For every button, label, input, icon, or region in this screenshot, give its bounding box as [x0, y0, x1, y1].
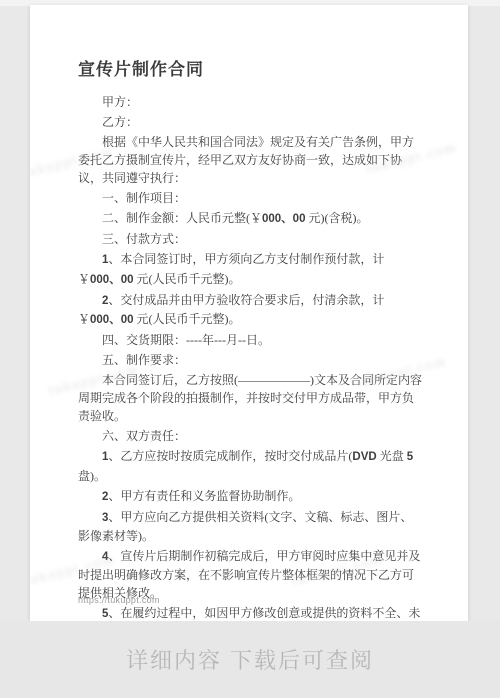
paragraph: 六、双方责任： [78, 427, 424, 445]
document-preview: 宣传片制作合同 甲方：乙方：根据《中华人民共和国合同法》规定及有关广告条例，甲方… [0, 0, 500, 698]
document-title: 宣传片制作合同 [78, 55, 424, 80]
document-body: 甲方：乙方：根据《中华人民共和国合同法》规定及有关广告条例，甲方委托乙方摄制宣传… [78, 93, 424, 621]
paragraph: 本合同签订后，乙方按照(——————)文本及合同所定内容周期完成各个阶段的拍摄制… [78, 371, 424, 425]
paragraph: 4、宣传片后期制作初稿完成后，甲方审阅时应集中意见并及时提出明确修改方案，在不影… [78, 547, 424, 602]
paragraph: 四、交货期限：----年---月--日。 [78, 331, 424, 349]
paragraph: 1、本合同签订时，甲方须向乙方支付制作预付款，计￥000、00 元(人民币千元整… [78, 250, 424, 289]
paragraph: 甲方： [78, 93, 424, 111]
paragraph: 3、甲方应向乙方提供相关资料(文字、文稿、标志、图片、影像素材等)。 [78, 508, 424, 545]
paragraph: 二、制作金额：人民币元整(￥000、00 元)(含税)。 [78, 209, 424, 228]
download-hint-banner: 详细内容 下载后可查阅 [0, 621, 500, 698]
paragraph: 五、制作要求： [78, 351, 424, 369]
paragraph: 5、在履约过程中，如因甲方修改创意或提供的资料不全、未按时支付预付款等原因，影响… [78, 604, 424, 621]
paragraph: 一、制作项目： [78, 189, 424, 207]
footer-url: https://tukuppt.com [78, 595, 160, 605]
paragraph: 根据《中华人民共和国合同法》规定及有关广告条例，甲方委托乙方摄制宣传片，经甲乙双… [78, 133, 424, 187]
download-hint-text: 详细内容 下载后可查阅 [126, 644, 374, 675]
paragraph: 三、付款方式： [78, 230, 424, 248]
document-card: 宣传片制作合同 甲方：乙方：根据《中华人民共和国合同法》规定及有关广告条例，甲方… [30, 5, 468, 621]
paragraph: 1、乙方应按时按质完成制作，按时交付成品片(DVD 光盘 5 盘)。 [78, 447, 424, 484]
paragraph: 2、交付成品并由甲方验收符合要求后，付清余款，计￥000、00 元(人民币千元整… [78, 291, 424, 330]
paragraph: 乙方： [78, 113, 424, 131]
paragraph: 2、甲方有责任和义务监督协助制作。 [78, 487, 424, 506]
